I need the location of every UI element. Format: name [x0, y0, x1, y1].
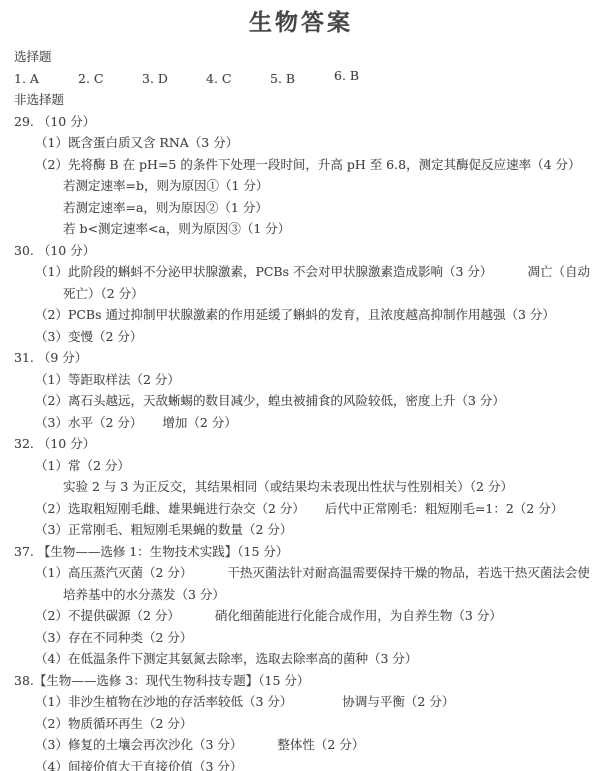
- line-text: （2）离石头越远，天敌蜥蜴的数目减少，蝗虫被捕食的风险较低，密度上升（3 分）: [35, 393, 505, 408]
- line-text-secondary: 硝化细菌能进行化能合成作用，为自养生物（3 分）: [215, 608, 502, 623]
- q37-ans-2: （2）不提供碳源（2 分）硝化细菌能进行化能合成作用，为自养生物（3 分）: [14, 605, 588, 627]
- line-text: （3）存在不同种类（2 分）: [35, 630, 192, 645]
- q30-ans-1-cont: 死亡）（2 分）: [14, 283, 588, 305]
- line-text: 若 b<测定速率<a，则为原因③（1 分）: [63, 221, 290, 236]
- q37-ans-3: （3）存在不同种类（2 分）: [14, 627, 588, 649]
- answer-sheet-page: 生物答案 选择题 1. A 2. C 3. D 4. C 5. B 6. B 非…: [0, 0, 602, 771]
- q38-ans-3: （3）修复的土壤会再次沙化（3 分）整体性（2 分）: [14, 734, 588, 756]
- line-text: 培养基中的水分蒸发（3 分）: [63, 587, 225, 602]
- line-text: （1）高压蒸汽灭菌（2 分）: [35, 565, 192, 580]
- q29-ans-2: （2）先将酶 B 在 pH=5 的条件下处理一段时间，升高 pH 至 6.8，测…: [14, 154, 588, 176]
- line-text: 30. （10 分）: [14, 243, 95, 258]
- q32-header: 32. （10 分）: [14, 433, 588, 455]
- q32-ans-1-note: 实验 2 与 3 为正反交，其结果相同（或结果均未表现出性状与性别相关）（2 分…: [14, 476, 588, 498]
- q29-ans-1: （1）既含蛋白质又含 RNA（3 分）: [14, 132, 588, 154]
- line-text-secondary: 凋亡（自动: [527, 264, 590, 279]
- line-text-secondary: 后代中正常刚毛：粗短刚毛=1：2（2 分）: [325, 501, 563, 516]
- line-text: （1）常（2 分）: [35, 458, 130, 473]
- q31-ans-2: （2）离石头越远，天敌蜥蜴的数目减少，蝗虫被捕食的风险较低，密度上升（3 分）: [14, 390, 588, 412]
- q37-header: 37. 【生物——选修 1：生物技术实践】（15 分）: [14, 541, 588, 563]
- line-text: 若测定速率=a，则为原因②（1 分）: [63, 200, 268, 215]
- choice-section-header: 选择题: [14, 46, 588, 68]
- line-text: （4）在低温条件下测定其氨氮去除率，选取去除率高的菌种（3 分）: [35, 651, 417, 666]
- line-text: 38.【生物——选修 3：现代生物科技专题】（15 分）: [14, 673, 309, 688]
- choice-answer-1: 1. A: [14, 68, 78, 90]
- choice-answers-row: 1. A 2. C 3. D 4. C 5. B 6. B: [14, 68, 588, 90]
- q38-ans-1: （1）非沙生植物在沙地的存活率较低（3 分）协调与平衡（2 分）: [14, 691, 588, 713]
- q29-ans-2-note-3: 若 b<测定速率<a，则为原因③（1 分）: [14, 218, 588, 240]
- line-text: （3）正常刚毛、粗短刚毛果蝇的数量（2 分）: [35, 522, 292, 537]
- line-text-secondary: 干热灭菌法针对耐高温需要保持干燥的物品，若选干热灭菌法会使: [227, 565, 590, 580]
- q30-ans-3: （3）变慢（2 分）: [14, 326, 588, 348]
- line-text: 若测定速率=b，则为原因①（1 分）: [63, 178, 268, 193]
- choice-answer-5: 5. B: [270, 68, 334, 90]
- line-text: （1）既含蛋白质又含 RNA（3 分）: [35, 135, 238, 150]
- q38-header: 38.【生物——选修 3：现代生物科技专题】（15 分）: [14, 670, 588, 692]
- q37-ans-1: （1）高压蒸汽灭菌（2 分）干热灭菌法针对耐高温需要保持干燥的物品，若选干热灭菌…: [14, 562, 588, 584]
- line-text: 32. （10 分）: [14, 436, 95, 451]
- line-text: 实验 2 与 3 为正反交，其结果相同（或结果均未表现出性状与性别相关）（2 分…: [63, 479, 513, 494]
- q29-header: 29. （10 分）: [14, 111, 588, 133]
- choice-answer-4: 4. C: [206, 68, 270, 90]
- choice-answer-3: 3. D: [142, 68, 206, 90]
- line-text: （1）非沙生植物在沙地的存活率较低（3 分）: [35, 694, 292, 709]
- line-text: （2）先将酶 B 在 pH=5 的条件下处理一段时间，升高 pH 至 6.8，测…: [35, 157, 581, 172]
- line-text: （4）间接价值大于直接价值（3 分）: [35, 759, 242, 771]
- q30-header: 30. （10 分）: [14, 240, 588, 262]
- line-text: （2）物质循环再生（2 分）: [35, 716, 192, 731]
- q30-ans-1: （1）此阶段的蝌蚪不分泌甲状腺激素，PCBs 不会对甲状腺激素造成影响（3 分）…: [14, 261, 588, 283]
- q32-ans-1: （1）常（2 分）: [14, 455, 588, 477]
- line-text-secondary: 增加（2 分）: [162, 415, 236, 430]
- line-text: （2）PCBs 通过抑制甲状腺激素的作用延缓了蝌蚪的发育，且浓度越高抑制作用越强…: [35, 307, 555, 322]
- page-title: 生物答案: [14, 8, 588, 38]
- q38-ans-4: （4）间接价值大于直接价值（3 分）: [14, 756, 588, 771]
- q32-ans-3: （3）正常刚毛、粗短刚毛果蝇的数量（2 分）: [14, 519, 588, 541]
- q37-ans-1-cont: 培养基中的水分蒸发（3 分）: [14, 584, 588, 606]
- line-text: 死亡）（2 分）: [63, 286, 144, 301]
- q32-ans-2: （2）选取粗短刚毛雌、雄果蝇进行杂交（2 分）后代中正常刚毛：粗短刚毛=1：2（…: [14, 498, 588, 520]
- line-text-secondary: 协调与平衡（2 分）: [342, 694, 454, 709]
- line-text: 29. （10 分）: [14, 114, 95, 129]
- q31-header: 31. （9 分）: [14, 347, 588, 369]
- q30-ans-2: （2）PCBs 通过抑制甲状腺激素的作用延缓了蝌蚪的发育，且浓度越高抑制作用越强…: [14, 304, 588, 326]
- q38-ans-2: （2）物质循环再生（2 分）: [14, 713, 588, 735]
- q29-ans-2-note-2: 若测定速率=a，则为原因②（1 分）: [14, 197, 588, 219]
- choice-answer-6: 6. B: [334, 65, 398, 87]
- non-choice-section-header: 非选择题: [14, 89, 588, 111]
- line-text: 31. （9 分）: [14, 350, 87, 365]
- choice-answer-2: 2. C: [78, 68, 142, 90]
- q29-ans-2-note-1: 若测定速率=b，则为原因①（1 分）: [14, 175, 588, 197]
- q37-ans-4: （4）在低温条件下测定其氨氮去除率，选取去除率高的菌种（3 分）: [14, 648, 588, 670]
- line-text: （3）修复的土壤会再次沙化（3 分）: [35, 737, 242, 752]
- q31-ans-1: （1）等距取样法（2 分）: [14, 369, 588, 391]
- line-text: （3）水平（2 分）: [35, 415, 142, 430]
- line-text: （2）不提供碳源（2 分）: [35, 608, 180, 623]
- line-text: （2）选取粗短刚毛雌、雄果蝇进行杂交（2 分）: [35, 501, 305, 516]
- q31-ans-3: （3）水平（2 分）增加（2 分）: [14, 412, 588, 434]
- line-text-secondary: 整体性（2 分）: [277, 737, 364, 752]
- line-text: （1）此阶段的蝌蚪不分泌甲状腺激素，PCBs 不会对甲状腺激素造成影响（3 分）: [35, 264, 492, 279]
- line-text: （3）变慢（2 分）: [35, 329, 142, 344]
- line-text: （1）等距取样法（2 分）: [35, 372, 180, 387]
- line-text: 37. 【生物——选修 1：生物技术实践】（15 分）: [14, 544, 288, 559]
